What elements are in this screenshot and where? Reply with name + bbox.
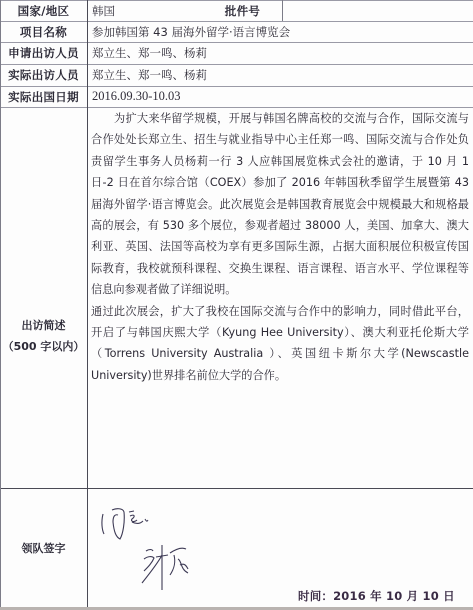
summary-paragraph: 为扩大来华留学规模，开展与韩国名牌高校的交流与合作，国际交流与合作处处长郑立生、…	[91, 108, 469, 301]
departure-date-value: 2016.09.30-10.03	[92, 86, 181, 107]
applied-visitors-label: 申请出访人员	[0, 42, 87, 64]
grid-line	[0, 488, 473, 489]
country-value: 韩国	[92, 0, 115, 21]
departure-date-label: 实际出国日期	[0, 86, 87, 107]
trip-summary-text: 为扩大来华留学规模，开展与韩国名牌高校的交流与合作，国际交流与合作处处长郑立生、…	[91, 108, 469, 386]
grid-line	[282, 0, 283, 21]
approval-number-label: 批件号	[205, 0, 280, 21]
country-label: 国家/地区	[0, 0, 87, 21]
handwritten-signature-icon	[140, 543, 205, 593]
trip-report-form: 国家/地区 韩国 批件号 项目名称 参加韩国第 43 届海外留学·语言博览会 申…	[0, 0, 473, 610]
project-name-value: 参加韩国第 43 届海外留学·语言博览会	[92, 21, 290, 42]
approval-number-value	[288, 0, 468, 21]
summary-paragraph: 通过此次展会，扩大了我校在国际交流与合作中的影响力，同时借此平台，开启了与韩国庆…	[91, 301, 469, 387]
applied-visitors-value: 郑立生、郑一鸣、杨莉	[92, 42, 207, 64]
actual-visitors-label: 实际出访人员	[0, 64, 87, 86]
trip-summary-label-title: 出访简述	[0, 315, 87, 336]
trip-summary-label-limit: （500 字以内）	[0, 336, 87, 357]
leader-signature-label: 领队签字	[0, 540, 87, 556]
project-name-label: 项目名称	[0, 21, 87, 42]
signature-date: 时间：2016 年 10 月 10 日	[298, 588, 455, 604]
trip-summary-label: 出访简述 （500 字以内）	[0, 315, 87, 357]
actual-visitors-value: 郑立生、郑一鸣、杨莉	[92, 64, 207, 86]
grid-line	[87, 0, 88, 607]
